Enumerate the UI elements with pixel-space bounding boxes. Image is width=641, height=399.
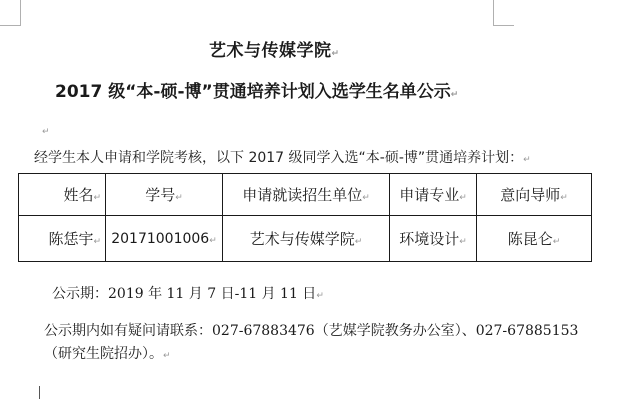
org-title: 艺术与传媒学院↵ (209, 36, 340, 61)
cell-unit: 艺术与传媒学院↵ (223, 216, 390, 262)
header-major: 申请专业↵ (390, 174, 477, 216)
publicity-period: 公示期：2019 年 11 月 7 日-11 月 11 日↵ (52, 283, 324, 303)
paragraph-mark-icon: ↵ (42, 127, 50, 137)
paragraph-mark-icon: ↵ (163, 351, 171, 361)
contact-line-1: 公示期内如有疑问请联系：027-67883476（艺媒学院教务办公室）、027-… (44, 320, 578, 340)
intro-paragraph: 经学生本人申请和学院考核，以下 2017 级同学入选“本-硕-博”贯通培养计划：… (34, 147, 531, 167)
page-corner-mark-right (493, 0, 514, 26)
cell-major: 环境设计↵ (390, 216, 477, 262)
header-advisor: 意向导师↵ (477, 174, 592, 216)
header-student-id: 学号↵ (106, 174, 223, 216)
header-unit: 申请就读招生单位↵ (223, 174, 390, 216)
text-cursor[interactable] (39, 386, 40, 399)
table-row: 陈恁宇↵ 20171001006↵ 艺术与传媒学院↵ 环境设计↵ 陈昆仑↵ (19, 216, 592, 262)
paragraph-mark-icon: ↵ (523, 155, 531, 165)
header-name: 姓名↵ (19, 174, 106, 216)
page-corner-mark-left (0, 0, 21, 26)
paragraph-mark-icon: ↵ (332, 49, 340, 59)
cell-student-id: 20171001006↵ (106, 216, 223, 262)
page-title: 2017 级“本-硕-博”贯通培养计划入选学生名单公示↵ (55, 77, 458, 102)
table-header-row: 姓名↵ 学号↵ 申请就读招生单位↵ 申请专业↵ 意向导师↵ (19, 174, 592, 216)
paragraph-mark-icon: ↵ (451, 90, 459, 100)
cell-name: 陈恁宇↵ (19, 216, 106, 262)
cell-advisor: 陈昆仑↵ (477, 216, 592, 262)
contact-line-2: （研究生院招办）。↵ (44, 343, 171, 363)
paragraph-mark-icon: ↵ (316, 291, 324, 301)
student-list-table: 姓名↵ 学号↵ 申请就读招生单位↵ 申请专业↵ 意向导师↵ 陈恁宇↵ 20171… (18, 173, 592, 262)
